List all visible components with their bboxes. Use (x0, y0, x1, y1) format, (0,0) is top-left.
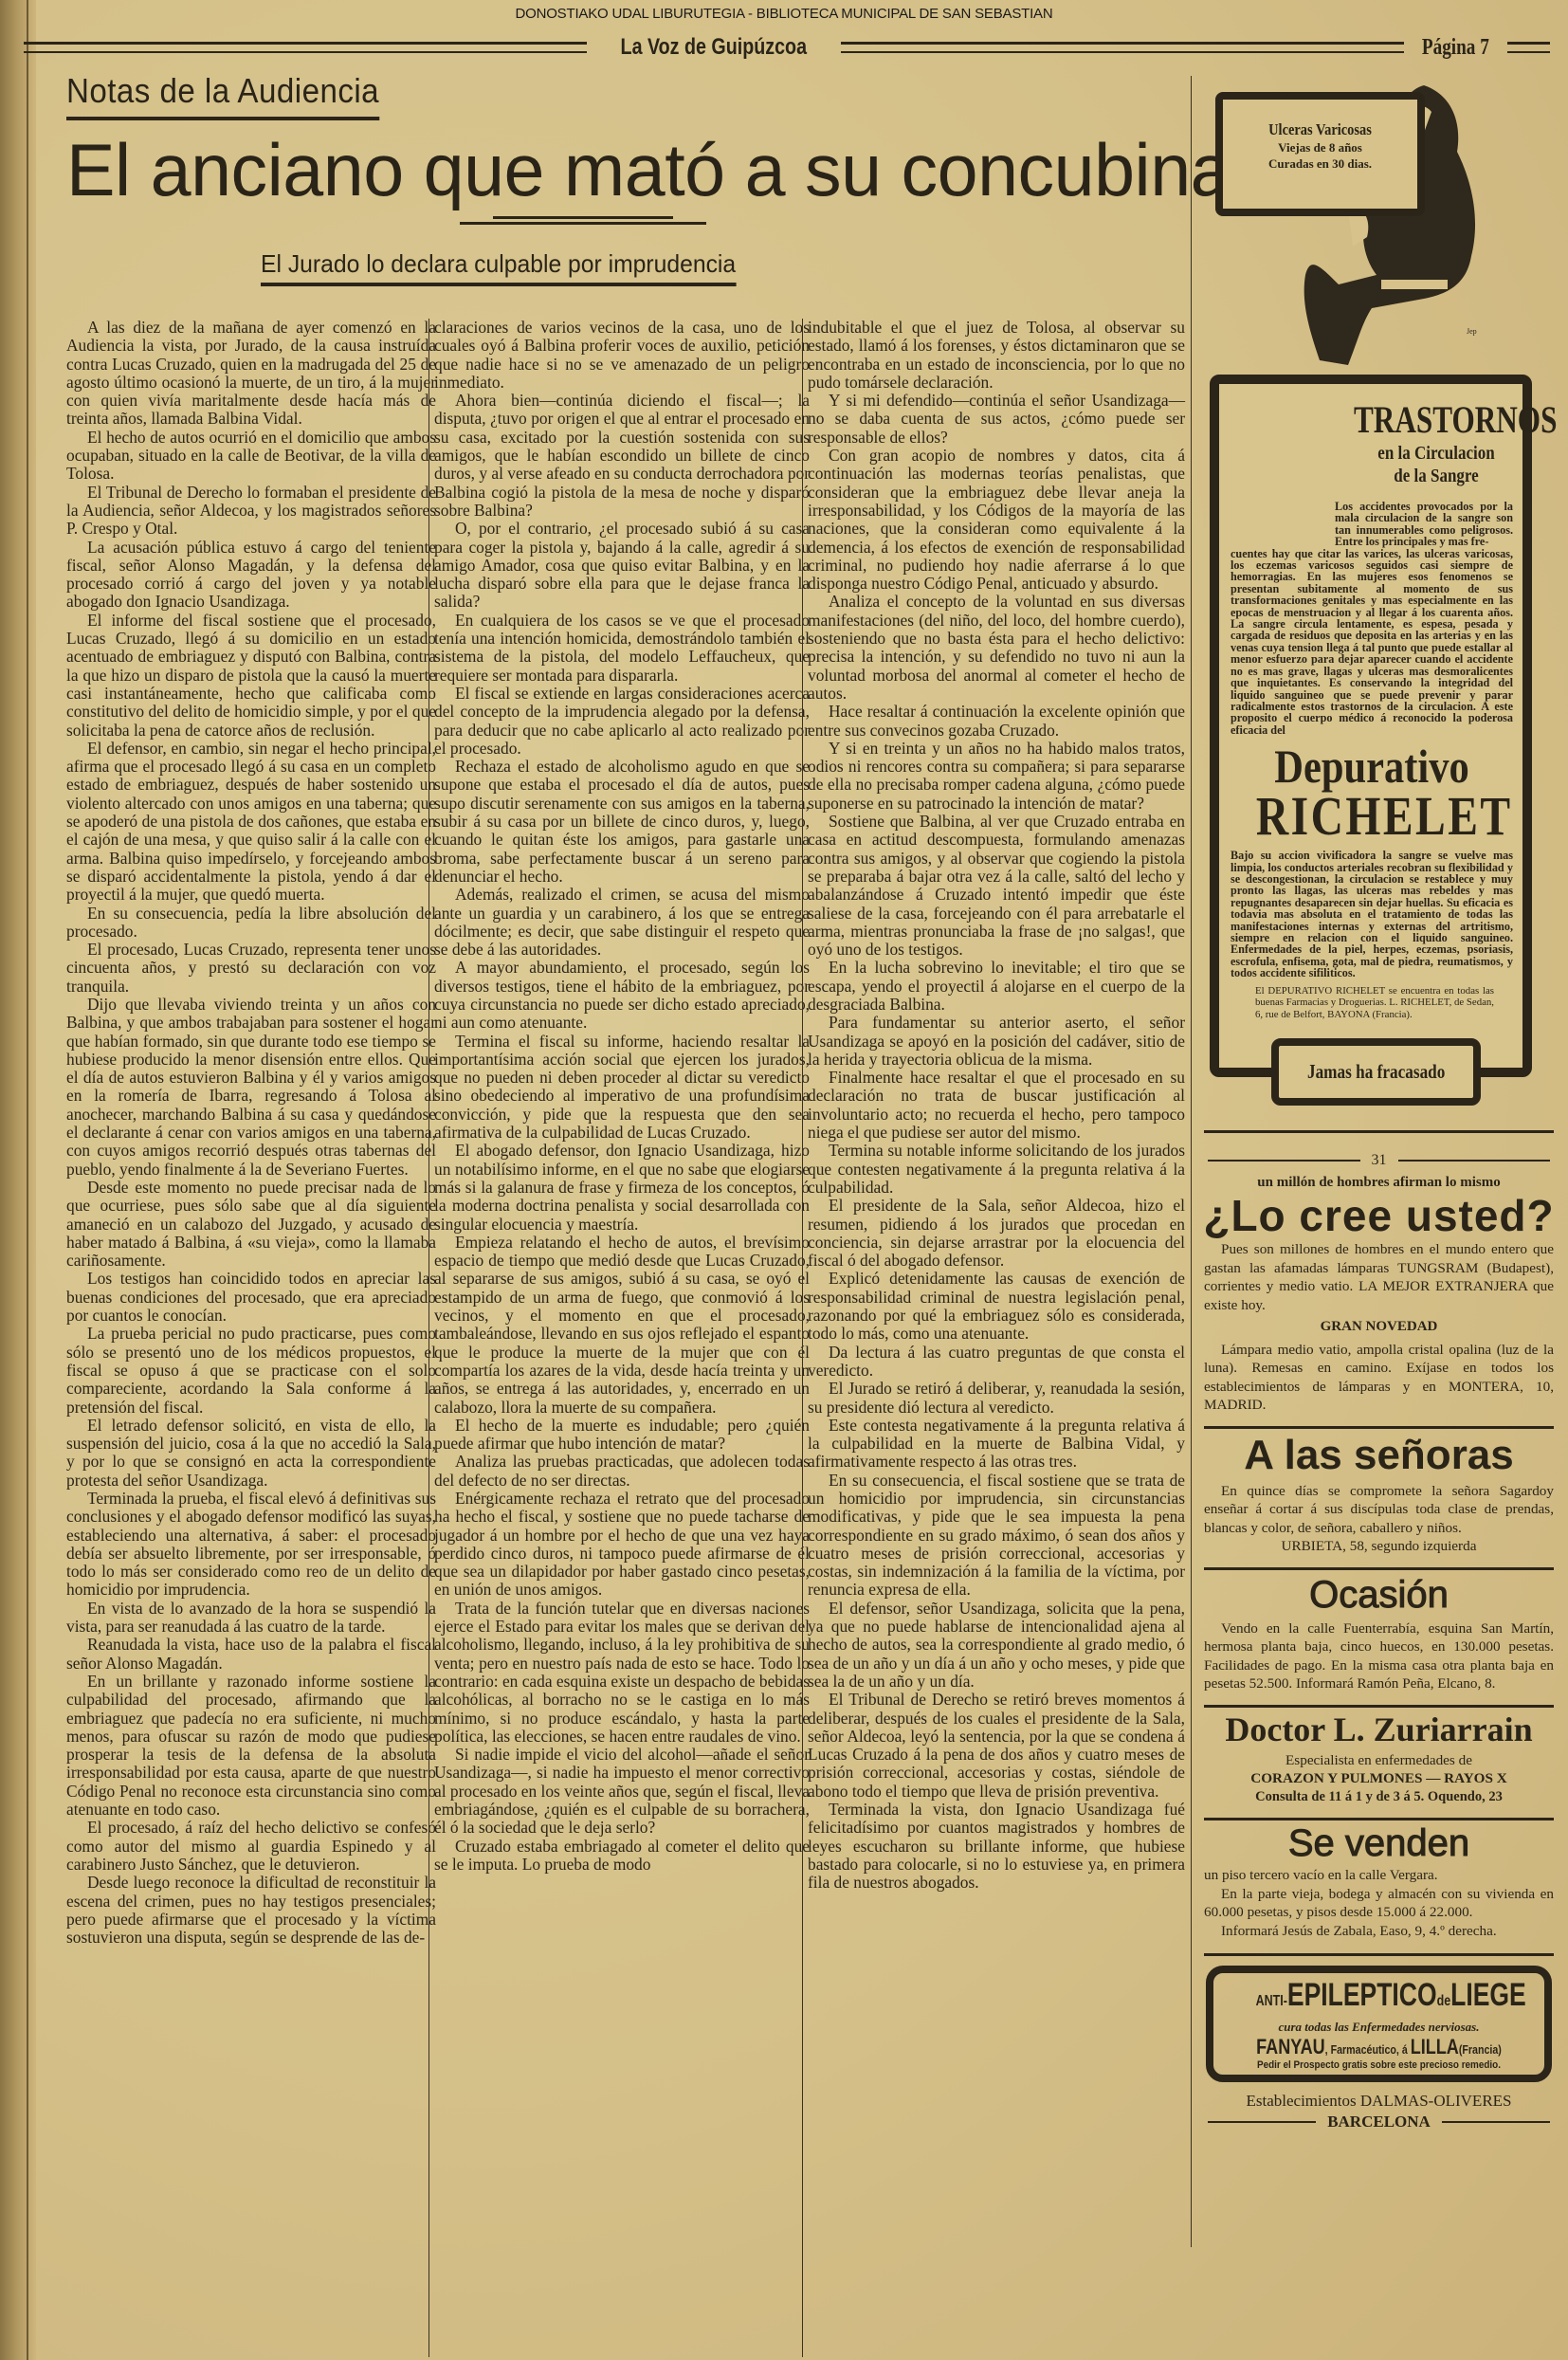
barcelona-rule-right (1442, 2121, 1550, 2123)
article-paragraph: El informe del fiscal sostiene que el pr… (66, 612, 436, 740)
article-paragraph: Dijo que llevaba viviendo treinta y un a… (66, 996, 436, 1179)
epileptico-tagline: cura todas las Enfermedades nerviosas. (1221, 2020, 1537, 2035)
masthead-rule-middle (841, 42, 1404, 53)
richelet-title: TRASTORNOS (1354, 397, 1478, 442)
ad-anti-epileptico: ANTI-EPILEPTICOdeLIEGE cura todas las En… (1206, 1966, 1552, 2082)
ad-depurativo-richelet: TRASTORNOS en la Circulacion de la Sangr… (1210, 375, 1532, 1077)
ad-ocasion: Vendo en la calle Fuenterrabía, esquina … (1196, 1619, 1561, 1693)
article-paragraph: Terminada la prueba, el fiscal elevó á d… (66, 1490, 436, 1600)
richelet-distributor: El DEPURATIVO RICHELET se encuentra en t… (1231, 985, 1513, 1021)
column-rule (1191, 76, 1192, 2247)
tungsram-body-2: Lámpara medio vatio, ampolla cristal opa… (1204, 1341, 1554, 1415)
article-paragraph: Cruzado estaba embriagado al cometer el … (434, 1838, 810, 1875)
article-paragraph: La acusación pública estuvo á cargo del … (66, 539, 436, 612)
article-paragraph: Analiza las pruebas practicadas, que ado… (434, 1453, 810, 1490)
tungsram-lead: un millón de hombres afirman lo mismo (1196, 1175, 1561, 1191)
article-paragraph: El letrado defensor solicitó, en vista d… (66, 1417, 436, 1490)
article-paragraph: Terminada la vista, don Ignacio Usandiza… (808, 1801, 1185, 1892)
article-paragraph: El procesado, Lucas Cruzado, representa … (66, 941, 436, 996)
article-paragraph: Si nadie impide el vicio del alcohol—aña… (434, 1746, 810, 1837)
article-paragraph: Trata de la función tutelar que en diver… (434, 1600, 810, 1746)
article-column-2: claraciones de varios vecinos de la casa… (434, 319, 810, 1874)
ulceras-line-1: Viejas de 8 años (1223, 139, 1417, 156)
venden-body-3: Informará Jesús de Zabala, Easo, 9, 4.º … (1204, 1922, 1554, 1941)
richelet-body-rest: cuentes hay que citar las varices, las u… (1231, 547, 1513, 737)
article-paragraph: El presidente de la Sala, señor Aldecoa,… (808, 1197, 1185, 1270)
ocasion-title: Ocasión (1196, 1570, 1561, 1619)
article-paragraph: indubitable el que el juez de Tolosa, al… (808, 319, 1185, 392)
ad-se-venden: un piso tercero vacío en la calle Vergar… (1196, 1866, 1561, 1940)
richelet-product-line-2: RICHELET (1256, 789, 1487, 844)
masthead-rule-right (1507, 42, 1550, 53)
ad-ulceras-varicosas: Jep Ulceras Varicosas Viejas de 8 años C… (1196, 76, 1561, 375)
article-headline: El anciano que mató a su concubina (66, 133, 1231, 207)
article-paragraph: Y si en treinta y un años no ha habido m… (808, 740, 1185, 813)
epileptico-city: BARCELONA (1327, 2113, 1431, 2131)
article-paragraph: Hace resaltar á continuación la excelent… (808, 703, 1185, 740)
advertisements-column: Jep Ulceras Varicosas Viejas de 8 años C… (1196, 76, 1561, 2131)
epileptico-maker: FANYAU, Farmacéutico, á LILLA(Francia) (1249, 2035, 1508, 2059)
richelet-body-2: Bajo su accion vivificadora la sangre se… (1231, 850, 1513, 979)
article-paragraph: A mayor abundamiento, el procesado, segú… (434, 959, 810, 1032)
marker-rule-right (1398, 1160, 1551, 1162)
doctor-line-3: Consulta de 11 á 1 y de 3 á 5. Oquendo, … (1204, 1788, 1554, 1807)
ad-divider (1204, 1130, 1554, 1133)
marker-rule-left (1208, 1160, 1360, 1162)
richelet-slogan: Jamas ha fracasado (1307, 1046, 1445, 1098)
svg-text:Jep: Jep (1467, 327, 1477, 336)
article-paragraph: Analiza el concepto de la voluntad en su… (808, 593, 1185, 703)
article-paragraph: En un brillante y razonado informe sosti… (66, 1673, 436, 1819)
column-rule (428, 319, 429, 2357)
article-paragraph: Sostiene que Balbina, al ver que Cruzado… (808, 813, 1185, 959)
article-paragraph: Este contesta negativamente á la pregunt… (808, 1417, 1185, 1472)
epileptico-headline: ANTI-EPILEPTICOdeLIEGE (1256, 1977, 1503, 2020)
ad-doctor: Especialista en enfermedades de CORAZON … (1196, 1751, 1561, 1807)
article-paragraph: Termina su notable informe solicitando d… (808, 1142, 1185, 1197)
page-number: Página 7 (1414, 35, 1497, 61)
article-paragraph: La prueba pericial no pudo practicarse, … (66, 1325, 436, 1416)
article-paragraph: Da lectura á las cuatro preguntas de que… (808, 1344, 1185, 1381)
article-paragraph: Reanudada la vista, hace uso de la palab… (66, 1636, 436, 1673)
article-paragraph: claraciones de varios vecinos de la casa… (434, 319, 810, 392)
barcelona-rule-left (1208, 2121, 1316, 2123)
article-paragraph: Enérgicamente rechaza el retrato que del… (434, 1490, 810, 1600)
article-paragraph: Rechaza el estado de alcoholismo agudo e… (434, 758, 810, 886)
article-paragraph: En cualquiera de los casos se ve que el … (434, 612, 810, 685)
barcelona-row: BARCELONA (1196, 2113, 1561, 2131)
richelet-body-indented: Los accidentes provocados por la mala ci… (1231, 501, 1513, 548)
ulceras-label-box: Ulceras Varicosas Viejas de 8 años Curad… (1215, 92, 1425, 216)
library-header: DONOSTIAKO UDAL LIBURUTEGIA - BIBLIOTECA… (0, 6, 1568, 22)
article-paragraph: En vista de lo avanzado de la hora se su… (66, 1600, 436, 1637)
doctor-line-1: Especialista en enfermedades de (1204, 1751, 1554, 1770)
richelet-slogan-box: Jamas ha fracasado (1271, 1038, 1481, 1106)
article-paragraph: Y si mi defendido—continúa el señor Usan… (808, 392, 1185, 447)
venden-body-1: un piso tercero vacío en la calle Vergar… (1204, 1866, 1554, 1885)
section-title: Notas de la Audiencia (66, 71, 379, 120)
tungsram-title: ¿Lo cree usted? (1196, 1191, 1561, 1240)
article-paragraph: El abogado defensor, don Ignacio Usandiz… (434, 1142, 810, 1233)
article-paragraph: Con gran acopio de nombres y datos, cita… (808, 447, 1185, 593)
richelet-body: Los accidentes provocados por la mala ci… (1231, 501, 1513, 736)
article-subheadline: El Jurado lo declara culpable por imprud… (261, 249, 736, 286)
ulceras-title: Ulceras Varicosas (1237, 120, 1402, 139)
tungsram-marker-row: 31 (1196, 1152, 1561, 1169)
article-paragraph: En su consecuencia, pedía la libre absol… (66, 905, 436, 942)
ocasion-body: Vendo en la calle Fuenterrabía, esquina … (1204, 1619, 1554, 1693)
article-paragraph: En la lucha sobrevino lo inevitable; el … (808, 959, 1185, 1014)
article-paragraph: El fiscal se extiende en largas consider… (434, 685, 810, 758)
richelet-product-line-1: Depurativo (1251, 743, 1491, 789)
ulceras-line-2: Curadas en 30 dias. (1223, 156, 1417, 172)
tungsram-subhead: GRAN NOVEDAD (1204, 1318, 1554, 1337)
article-paragraph: El Tribunal de Derecho se retiró breves … (808, 1691, 1185, 1801)
article-paragraph: Ahora bien—continúa diciendo el fiscal—;… (434, 392, 810, 520)
article-paragraph: Además, realizado el crimen, se acusa de… (434, 886, 810, 959)
richelet-subtitle-2: de la Sangre (1368, 465, 1505, 487)
article-paragraph: O, por el contrario, ¿el procesado subió… (434, 520, 810, 611)
article-paragraph: Desde luego reconoce la dificultad de re… (66, 1874, 436, 1947)
richelet-subtitle-1: en la Circulacion (1368, 442, 1505, 465)
article-paragraph: El defensor, en cambio, sin negar el hec… (66, 740, 436, 905)
ad-divider (1204, 1953, 1554, 1956)
article-paragraph: Los testigos han coincidido todos en apr… (66, 1270, 436, 1325)
article-paragraph: Para fundamentar su anterior aserto, el … (808, 1014, 1185, 1069)
article-paragraph: A las diez de la mañana de ayer comenzó … (66, 319, 436, 429)
page-spine (0, 0, 36, 2360)
masthead-rule-left (24, 42, 587, 53)
tungsram-marker: 31 (1372, 1152, 1387, 1169)
article-paragraph: El hecho de autos ocurrió en el domicili… (66, 429, 436, 484)
epileptico-footer: Pedir el Prospecto gratis sobre este pre… (1237, 2059, 1522, 2071)
masthead: La Voz de Guipúzcoa Página 7 (24, 30, 1550, 64)
tungsram-body: Pues son millones de hombres en el mundo… (1204, 1240, 1554, 1314)
senoras-address: URBIETA, 58, segundo izquierda (1204, 1537, 1554, 1556)
venden-body-2: En la parte vieja, bodega y almacén con … (1204, 1885, 1554, 1922)
headline-divider (460, 216, 706, 226)
article-paragraph: El procesado, á raíz del hecho delictivo… (66, 1819, 436, 1874)
article-paragraph: Explicó detenidamente las causas de exen… (808, 1270, 1185, 1343)
ad-senoras: En quince días se compromete la señora S… (1196, 1482, 1561, 1556)
newspaper-name: La Voz de Guipúzcoa (610, 34, 817, 61)
article-paragraph: Termina el fiscal su informe, haciendo r… (434, 1033, 810, 1143)
doctor-line-2: CORAZON Y PULMONES — RAYOS X (1204, 1769, 1554, 1788)
article-column-1: A las diez de la mañana de ayer comenzó … (66, 319, 436, 1947)
article-paragraph: El hecho de la muerte es indudable; pero… (434, 1417, 810, 1454)
venden-title: Se venden (1196, 1820, 1561, 1866)
article-paragraph: Empieza relatando el hecho de autos, el … (434, 1234, 810, 1417)
article-paragraph: El Jurado se retiró á deliberar, y, rean… (808, 1380, 1185, 1417)
epileptico-establishments: Establecimientos DALMAS-OLIVERES (1196, 2092, 1561, 2111)
article-paragraph: Finalmente hace resaltar el que el proce… (808, 1069, 1185, 1142)
article-paragraph: El defensor, señor Usandizaga, solicita … (808, 1600, 1185, 1691)
article-column-3: indubitable el que el juez de Tolosa, al… (808, 319, 1185, 1893)
article-paragraph: En su consecuencia, el fiscal sostiene q… (808, 1472, 1185, 1600)
ad-tungsram: Pues son millones de hombres en el mundo… (1196, 1240, 1561, 1415)
senoras-body: En quince días se compromete la señora S… (1204, 1482, 1554, 1538)
column-rule (802, 319, 803, 2357)
doctor-title: Doctor L. Zuriarrain (1196, 1708, 1561, 1751)
article-paragraph: El Tribunal de Derecho lo formaban el pr… (66, 484, 436, 539)
article-paragraph: Desde este momento no puede precisar nad… (66, 1179, 436, 1270)
senoras-title: A las señoras (1196, 1429, 1561, 1482)
